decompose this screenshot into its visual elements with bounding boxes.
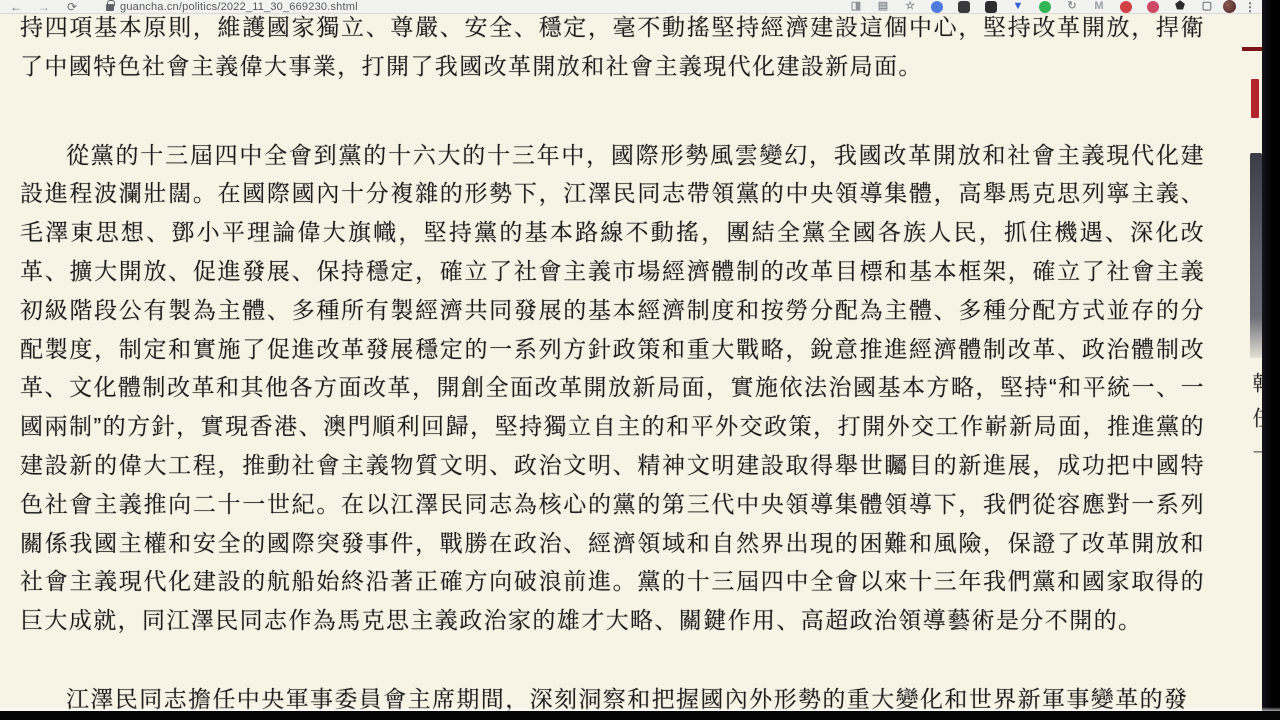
document-icon[interactable]: ▤ (877, 1, 889, 13)
address-bar-url[interactable]: guancha.cn/politics/2022_11_30_669230.sh… (120, 1, 358, 13)
bookmark-star-icon[interactable]: ☆ (904, 1, 916, 13)
page-scrollbar-thumb[interactable] (1250, 153, 1262, 358)
sync-extension-icon[interactable]: ↻ (1066, 1, 1078, 13)
blue-extension-icon[interactable] (931, 1, 943, 13)
forward-icon[interactable]: → (36, 1, 52, 13)
browser-toolbar: ← → ⟳ guancha.cn/politics/2022_11_30_669… (0, 0, 1262, 14)
article-body: 持四項基本原則，維護國家獨立、尊嚴、安全、穩定，毫不動搖堅持經濟建設這個中心，堅… (20, 8, 1205, 719)
profile-avatar[interactable] (1223, 0, 1236, 13)
lock-icon[interactable] (106, 4, 114, 11)
red-widget-fragment (1242, 47, 1262, 51)
domino-extension-icon[interactable] (985, 1, 997, 13)
pink-circle-extension-icon[interactable] (1147, 1, 1159, 13)
right-letterbox (1262, 0, 1280, 720)
bottom-letterbox (0, 711, 1280, 720)
pin-extension-icon[interactable]: ⬟ (1174, 1, 1186, 13)
red-circle-extension-icon[interactable] (1120, 1, 1132, 13)
blue-arrow-extension-icon[interactable]: ▼ (1012, 1, 1024, 13)
window-extension-icon[interactable]: ▢ (1201, 1, 1213, 13)
article-paragraph: 持四項基本原則，維護國家獨立、尊嚴、安全、穩定，毫不動搖堅持經濟建設這個中心，堅… (20, 8, 1205, 86)
article-paragraph: 從黨的十三屆四中全會到黨的十六大的十三年中，國際形勢風雲變幻，我國改革開放和社會… (20, 136, 1205, 640)
back-icon[interactable]: ← (8, 1, 24, 13)
side-panel-icon[interactable]: ◨ (850, 1, 862, 13)
article-page: 持四項基本原則，維護國家獨立、尊嚴、安全、穩定，毫不動搖堅持經濟建設這個中心，堅… (0, 14, 1262, 712)
extension-icons: ◨▤☆▼↻M⬟▢ (850, 1, 1213, 13)
browser-menu-icon[interactable]: ⋮ (1244, 0, 1256, 14)
reload-icon[interactable]: ⟳ (64, 1, 80, 13)
green-circle-extension-icon[interactable] (1039, 1, 1051, 13)
m-extension-icon[interactable]: M (1093, 1, 1105, 13)
dark-square-extension-icon[interactable] (958, 1, 970, 13)
red-widget-bar (1251, 79, 1259, 118)
